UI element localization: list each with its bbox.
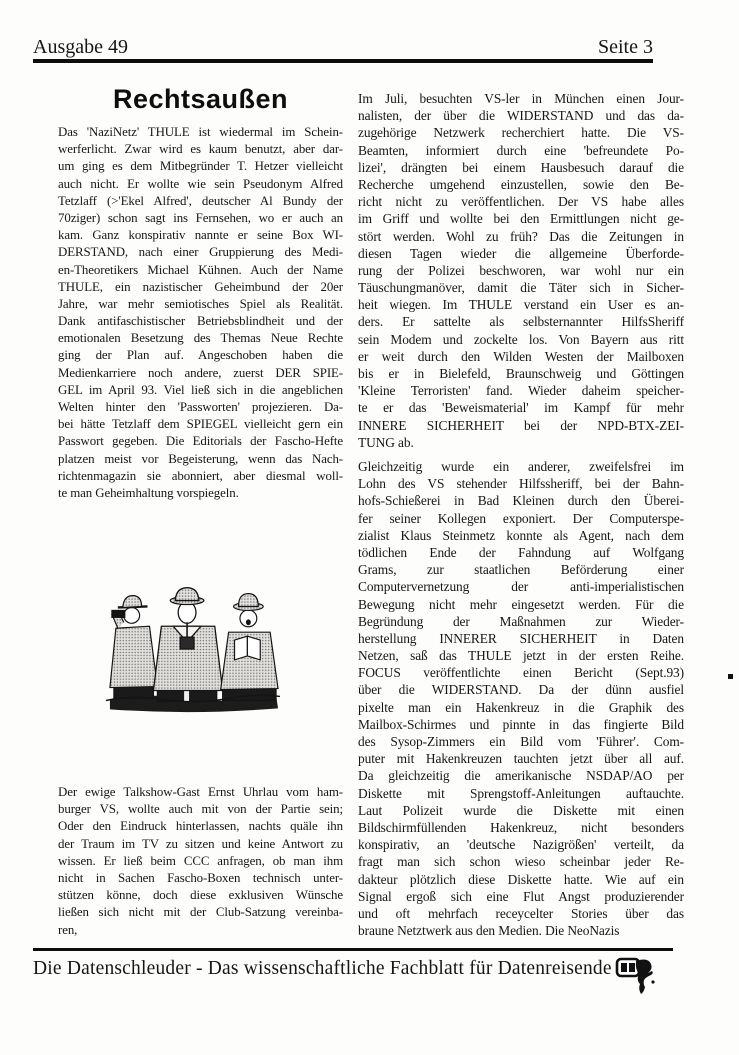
- text-line: platzen meist vor Begeisterung, wenn das…: [58, 451, 343, 468]
- text-line: THULE, ein nazistischer Geheimbund der 2…: [58, 279, 343, 296]
- text-line: ders. Er sattelte als selbsternannter Hi…: [358, 313, 684, 330]
- text-line: fragt man sich schon wieso scheinbar jed…: [358, 853, 684, 870]
- text-line: Signal ergoß sich eine Flut Angst produz…: [358, 888, 684, 905]
- text-line: Das 'NaziNetz' THULE ist wiedermal im Sc…: [58, 124, 343, 141]
- text-line: der Traum im TV zu sitzen und keine Antw…: [58, 836, 343, 853]
- text-line: puter mit Hakenkreuzen tauchten jetzt üb…: [358, 750, 684, 767]
- text-line: wissen. Er ließ beim CCC anfragen, ob ma…: [58, 853, 343, 870]
- text-line: stützen könne, doch diese exklusiven Wün…: [58, 887, 343, 904]
- footer-tagline: Die Datenschleuder - Das wissenschaftlic…: [33, 958, 612, 980]
- text-line: te er das 'Beweismaterial' im Kampf für …: [358, 399, 684, 416]
- header-issue-label: Ausgabe 49: [33, 36, 128, 59]
- detective-binoculars: [110, 596, 157, 699]
- text-line: ließen sich nicht mit der Club-Satzung v…: [58, 904, 343, 921]
- text-line: Oder den Eindruck hinterlassen, nachts q…: [58, 818, 343, 835]
- text-line: er weit durch den Wilden Westen der Mail…: [358, 348, 684, 365]
- text-line: Welten hinter den 'Passworten' projezier…: [58, 399, 343, 416]
- text-line: ging der Plan auf. Angeschoben haben die: [58, 347, 343, 364]
- text-line: über die WIDERSTAND. Da der dünn ausfiel: [358, 681, 684, 698]
- text-line: heit wiegen. Im THULE verstand ein User …: [358, 296, 684, 313]
- header-rule: [33, 59, 653, 63]
- text-line: fer seiner Kollegen exponiert. Der Compu…: [358, 510, 684, 527]
- text-line: richt nicht zu veröffentlichen. Der VS h…: [358, 193, 684, 210]
- text-line: 'Kleine Terroristen' fand. Wieder daheim…: [358, 382, 684, 399]
- detectives-cartoon-illustration: [104, 582, 282, 717]
- datenschleuder-logo-icon: [615, 956, 665, 996]
- article-paragraph-2: Im Juli, besuchten VS-ler in München ein…: [358, 90, 684, 451]
- text-line: auch nicht. Er wollte wie sein Pseudonym…: [58, 176, 343, 193]
- text-line: Täuschungmanöver, damit die Täter sich i…: [358, 279, 684, 296]
- text-line: sein Modem und zockelte los. Von Bayern …: [358, 331, 684, 348]
- text-line: Jahre, war mehr semiotisches Spiel als R…: [58, 296, 343, 313]
- text-line: Gleichzeitig wurde ein anderer, zweifels…: [358, 458, 684, 475]
- text-line: INNERE SICHERHEIT bei der NPD-BTX-ZEI-: [358, 417, 684, 434]
- text-line: kam. Ganz konspirativ nannte er seine Bo…: [58, 227, 343, 244]
- text-line: Beamten, informiert durch eine 'befreund…: [358, 142, 684, 159]
- text-line: GEL im April 93. Viel ließ sich in die a…: [58, 382, 343, 399]
- article-paragraph-1: Das 'NaziNetz' THULE ist wiedermal im Sc…: [58, 124, 343, 502]
- text-line: nicht in Sachen Fascho-Boxen technisch u…: [58, 870, 343, 887]
- text-line: Der ewige Talkshow-Gast Ernst Uhrlau vom…: [58, 784, 343, 801]
- scanned-magazine-page: Ausgabe 49 Seite 3 Rechtsaußen Das 'Nazi…: [0, 0, 739, 1055]
- text-line: braune Netztwerk aus den Medien. Die Neo…: [358, 922, 684, 939]
- detective-newspaper: [221, 594, 278, 701]
- text-line: Laut Polizeit wurde die Diskette mit ein…: [358, 802, 684, 819]
- text-line: des Sysop-Zimmers ein Bild vom 'Führer'.…: [358, 733, 684, 750]
- text-line: bis er in Bielefeld, Braunschweig und Gö…: [358, 365, 684, 382]
- text-line: Mailbox-Schirmes und pinnte in das fingi…: [358, 716, 684, 733]
- text-line: Dank antifaschistischer Betriebsblindhei…: [58, 313, 343, 330]
- text-line: Bewegung nicht mehr eingesetzt werden. F…: [358, 596, 684, 613]
- text-line: TUNG ab.: [358, 434, 684, 451]
- text-line: 70ziger) schon sagt ins Fernsehen, wo er…: [58, 210, 343, 227]
- text-line: Begründung der Maßnahmen zur Wieder-: [358, 613, 684, 630]
- text-line: tödlichen Ende der Fahndung auf Wolfgang: [358, 544, 684, 561]
- text-line: nalisten, der über die WIDERSTAND und da…: [358, 107, 684, 124]
- text-line: Diskette mit Sprengstoff-Anleitungen auf…: [358, 785, 684, 802]
- text-line: burger VS, wollte auch mit von der Parti…: [58, 801, 343, 818]
- text-line: Im Juli, besuchten VS-ler in München ein…: [358, 90, 684, 107]
- text-line: dakteur plötzlich diese Diskette hatte. …: [358, 871, 684, 888]
- text-line: Computervernetzung der anti-imperialisti…: [358, 578, 684, 595]
- left-column: Rechtsaußen Das 'NaziNetz' THULE ist wie…: [58, 84, 343, 129]
- text-line: stört werden. Wohl zu früh? Das die Zeit…: [358, 228, 684, 245]
- text-line: Passwort gegeben. Die Editorials der Fas…: [58, 433, 343, 450]
- article-paragraph-4: Der ewige Talkshow-Gast Ernst Uhrlau vom…: [58, 784, 343, 939]
- text-line: rung der Polizei beschworen, war wohl nu…: [358, 262, 684, 279]
- text-line: hofs-Schießerei in Bad Kleinen durch den…: [358, 492, 684, 509]
- text-line: pixelte man ein Hakenkreuz in die Graphi…: [358, 699, 684, 716]
- text-line: diesen Tagen wieder die allgemeine Überf…: [358, 245, 684, 262]
- text-line: emotionalen Besetzung des Themas Neue Re…: [58, 330, 343, 347]
- text-line: Tetzlaff (>'Ekel Alfred', deutscher Al B…: [58, 193, 343, 210]
- text-line: bei hätte Tetzlaff dem SPIEGEL vielleich…: [58, 416, 343, 433]
- text-line: um ging es dem Mitbegründer T. Hetzer vi…: [58, 158, 343, 175]
- article-headline: Rechtsaußen: [58, 84, 343, 115]
- text-line: Lohn des VS stehender Hilfssheriff, bei …: [358, 475, 684, 492]
- text-line: DERSTAND, nach einer Gruppierung des Med…: [58, 244, 343, 261]
- footer-rule: [33, 948, 673, 951]
- article-paragraph-3: Gleichzeitig wurde ein anderer, zweifels…: [358, 458, 684, 939]
- text-line: FOCUS veröffentlichte einen Bericht (Sep…: [358, 664, 684, 681]
- text-line: konspirativ, an 'deutsche Nazigrößen' ve…: [358, 836, 684, 853]
- text-line: Medienkarriere noch andere, zuerst DER S…: [58, 365, 343, 382]
- text-line: Netzen, saß das THULE jetzt in der erste…: [358, 647, 684, 664]
- text-line: ren,: [58, 922, 343, 939]
- text-line: te man Geheimhaltung vorspiegeln.: [58, 485, 343, 502]
- text-line: en-Theoretikers Michael Kühnen. Auch der…: [58, 262, 343, 279]
- text-line: Da gleichzeitig die amerikanische NSDAP/…: [358, 767, 684, 784]
- text-line: Bildschirmfüllenden Hakenkreuz, nicht be…: [358, 819, 684, 836]
- text-line: zialist Klaus Steinmetz konnte als Agent…: [358, 527, 684, 544]
- text-line: lizei', drängten bei einem Hausbesuch da…: [358, 159, 684, 176]
- header-page-number: Seite 3: [560, 36, 653, 59]
- text-line: richtenmagazin sie abonniert, aber diesm…: [58, 468, 343, 485]
- detective-pipe: [153, 588, 222, 702]
- text-line: Grams, zur staatlichen Beförderung einer: [358, 561, 684, 578]
- text-line: werferlicht. Zwar wird es kaum benutzt, …: [58, 141, 343, 158]
- text-line: zugehörige Netzwerk recherchiert hatte. …: [358, 124, 684, 141]
- scan-speck: [728, 674, 733, 679]
- text-line: und oft mehrfach receycelter Stories übe…: [358, 905, 684, 922]
- text-line: Recherche umgehend einzustellen, sowie d…: [358, 176, 684, 193]
- text-line: im Griff und wollte bei den Ermittlungen…: [358, 210, 684, 227]
- text-line: herstellung INNERER SICHERHEIT in Daten: [358, 630, 684, 647]
